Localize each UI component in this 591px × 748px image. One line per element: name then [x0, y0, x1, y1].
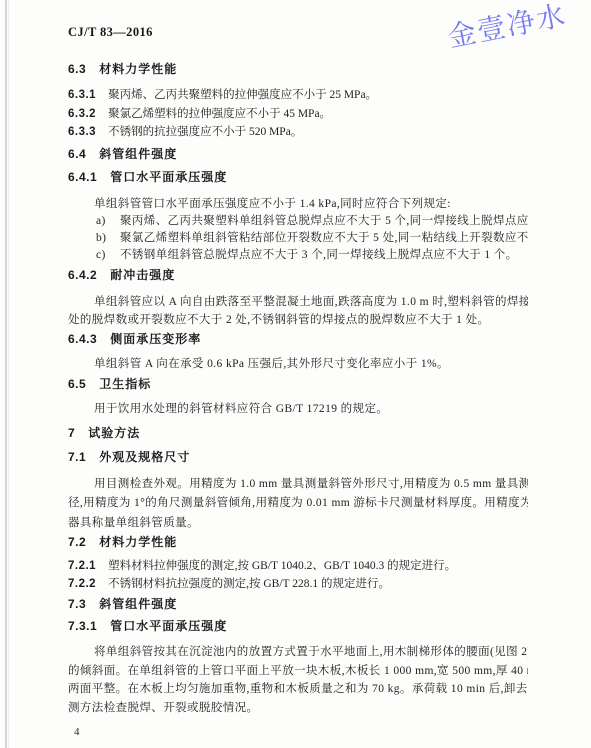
clause-6.3.1: 6.3.1聚丙烯、乙丙共聚塑料的拉伸强度应不小于 25 MPa。	[68, 86, 528, 105]
heading-number: 7.1	[68, 450, 86, 464]
list-item-c: c)不锈钢单组斜管总脱焊点应不大于 3 个,同一焊接线上脱焊点应不大于 1 个。	[68, 247, 528, 264]
heading-title: 斜管组件强度	[99, 597, 177, 611]
heading-number: 7.3.1	[68, 619, 97, 633]
heading-title: 外观及规格尺寸	[99, 450, 190, 464]
list-item-label: c)	[96, 247, 120, 264]
list-item-b: b)聚氯乙烯塑料单组斜管粘结部位开裂数应不大于 5 处,同一粘结线上开裂数应不大…	[68, 230, 528, 247]
section-heading-6.5: 6.5卫生指标	[68, 377, 528, 391]
list-item-text: 聚氯乙烯塑料单组斜管粘结部位开裂数应不大于 5 处,同一粘结线上开裂数应不大于 …	[120, 232, 528, 244]
heading-number: 6.4	[68, 147, 86, 161]
section-heading-6.3: 6.3材料力学性能	[68, 62, 528, 76]
clause-number: 6.3.2	[68, 105, 96, 124]
list-item-text: 聚丙烯、乙丙共聚塑料单组斜管总脱焊点应不大于 5 个,同一焊接线上脱焊点应不大于…	[120, 215, 528, 227]
paragraph-line: 单组斜管应以 A 向自由跌落至平整混凝土地面,跌落高度为 1.0 m 时,塑料斜…	[68, 293, 528, 311]
heading-number: 6.3	[68, 62, 86, 76]
heading-title: 管口水平面承压强度	[110, 619, 227, 633]
page-number: 4	[74, 726, 80, 738]
paragraph: 将单组斜管按其在沉淀池内的放置方式置于水平地面上,用木制梯形体的腰面(见图 2)…	[68, 643, 528, 717]
watermark-text: 金壹净水	[444, 0, 569, 56]
heading-number: 7.3	[68, 597, 86, 611]
heading-title: 材料力学性能	[99, 535, 177, 549]
clause-text: 塑料材料拉伸强度的测定,按 GB/T 1040.2、GB/T 1040.3 的规…	[108, 560, 456, 572]
document-body: 6.3材料力学性能6.3.1聚丙烯、乙丙共聚塑料的拉伸强度应不小于 25 MPa…	[68, 62, 528, 717]
clause-number: 6.3.1	[68, 86, 96, 105]
paragraph-line: 两面平整。在木板上均匀施加重物,重物和木板质量之和为 70 kg。承荷载 10 …	[68, 680, 528, 699]
scanned-document-page: CJ/T 83—2016 金壹净水 6.3材料力学性能6.3.1聚丙烯、乙丙共聚…	[0, 0, 591, 748]
heading-title: 斜管组件强度	[99, 147, 177, 161]
clause-number: 6.3.3	[68, 123, 96, 142]
scan-edge-line-light	[8, 0, 9, 748]
paragraph-line: 处的脱焊数或开裂数应不大于 2 处,不锈钢斜管的焊接点的脱焊数应不大于 1 处。	[68, 311, 528, 329]
section-heading-6.4: 6.4斜管组件强度	[68, 147, 528, 161]
heading-title: 材料力学性能	[99, 62, 177, 76]
clause-text: 不锈钢材料抗拉强度的测定,按 GB/T 228.1 的规定进行。	[108, 578, 390, 590]
paragraph-line: 测方法检查脱焊、开裂或脱胶情况。	[68, 699, 528, 718]
paragraph: 单组斜管管口水平面承压强度应不小于 1.4 kPa,同时应符合下列规定:	[68, 195, 528, 213]
paragraph-line: 用于饮用水处理的斜管材料应符合 GB/T 17219 的规定。	[68, 400, 528, 418]
heading-number: 6.4.1	[68, 170, 97, 184]
clause-number: 7.2.2	[68, 575, 96, 593]
section-heading-7.2: 7.2材料力学性能	[68, 535, 528, 549]
paragraph: 用目测检查外观。用精度为 1.0 mm 量具测量斜管外形尺寸,用精度为 0.5 …	[68, 475, 528, 534]
section-heading-7: 7试验方法	[68, 426, 528, 440]
section-heading-7.1: 7.1外观及规格尺寸	[68, 450, 528, 464]
section-heading-7.3.1: 7.3.1管口水平面承压强度	[68, 619, 528, 633]
clause-6.3.3: 6.3.3不锈钢的抗拉强度应不小于 520 MPa。	[68, 123, 528, 142]
lettered-list: a)聚丙烯、乙丙共聚塑料单组斜管总脱焊点应不大于 5 个,同一焊接线上脱焊点应不…	[68, 213, 528, 264]
clause-7.2.1: 7.2.1塑料材料拉伸强度的测定,按 GB/T 1040.2、GB/T 1040…	[68, 557, 528, 575]
heading-number: 6.4.2	[68, 268, 97, 282]
list-item-label: b)	[96, 230, 120, 247]
scan-edge-line	[5, 0, 7, 748]
paragraph-line: 将单组斜管按其在沉淀池内的放置方式置于水平地面上,用木制梯形体的腰面(见图 2)…	[68, 643, 528, 662]
paragraph-line: 单组斜管管口水平面承压强度应不小于 1.4 kPa,同时应符合下列规定:	[68, 195, 528, 213]
paragraph-line: 器具称量单组斜管质量。	[68, 514, 528, 534]
heading-title: 卫生指标	[99, 377, 151, 391]
paragraph-line: 径,用精度为 1°的角尺测量斜管倾角,用精度为 0.01 mm 游标卡尺测量材料…	[68, 494, 528, 514]
paragraph: 单组斜管 A 向在承受 0.6 kPa 压强后,其外形尺寸变化率应小于 1%。	[68, 355, 528, 373]
list-item-a: a)聚丙烯、乙丙共聚塑料单组斜管总脱焊点应不大于 5 个,同一焊接线上脱焊点应不…	[68, 213, 528, 230]
heading-title: 侧面承压变形率	[110, 332, 201, 346]
section-heading-6.4.3: 6.4.3侧面承压变形率	[68, 332, 528, 346]
paragraph: 单组斜管应以 A 向自由跌落至平整混凝土地面,跌落高度为 1.0 m 时,塑料斜…	[68, 293, 528, 329]
heading-number: 7	[68, 426, 75, 440]
list-item-text: 不锈钢单组斜管总脱焊点应不大于 3 个,同一焊接线上脱焊点应不大于 1 个。	[120, 249, 518, 261]
heading-number: 6.4.3	[68, 332, 97, 346]
heading-title: 试验方法	[88, 426, 140, 440]
paragraph-line: 单组斜管 A 向在承受 0.6 kPa 压强后,其外形尺寸变化率应小于 1%。	[68, 355, 528, 373]
paragraph-line: 的倾斜面。在单组斜管的上管口平面上平放一块木板,木板长 1 000 mm,宽 5…	[68, 662, 528, 681]
standard-number-header: CJ/T 83—2016	[68, 25, 153, 40]
clause-text: 聚氯乙烯塑料的拉伸强度应不小于 45 MPa。	[108, 108, 331, 120]
list-item-label: a)	[96, 213, 120, 230]
paragraph-line: 用目测检查外观。用精度为 1.0 mm 量具测量斜管外形尺寸,用精度为 0.5 …	[68, 475, 528, 495]
section-heading-6.4.1: 6.4.1管口水平面承压强度	[68, 170, 528, 184]
heading-title: 管口水平面承压强度	[110, 170, 227, 184]
clause-6.3.2: 6.3.2聚氯乙烯塑料的拉伸强度应不小于 45 MPa。	[68, 105, 528, 124]
heading-number: 6.5	[68, 377, 86, 391]
clause-7.2.2: 7.2.2不锈钢材料抗拉强度的测定,按 GB/T 228.1 的规定进行。	[68, 575, 528, 593]
section-heading-7.3: 7.3斜管组件强度	[68, 597, 528, 611]
heading-number: 7.2	[68, 535, 86, 549]
clause-number: 7.2.1	[68, 557, 96, 575]
heading-title: 耐冲击强度	[110, 268, 175, 282]
clause-text: 聚丙烯、乙丙共聚塑料的拉伸强度应不小于 25 MPa。	[108, 89, 377, 101]
clause-text: 不锈钢的抗拉强度应不小于 520 MPa。	[108, 126, 302, 138]
section-heading-6.4.2: 6.4.2耐冲击强度	[68, 268, 528, 282]
paragraph: 用于饮用水处理的斜管材料应符合 GB/T 17219 的规定。	[68, 400, 528, 418]
